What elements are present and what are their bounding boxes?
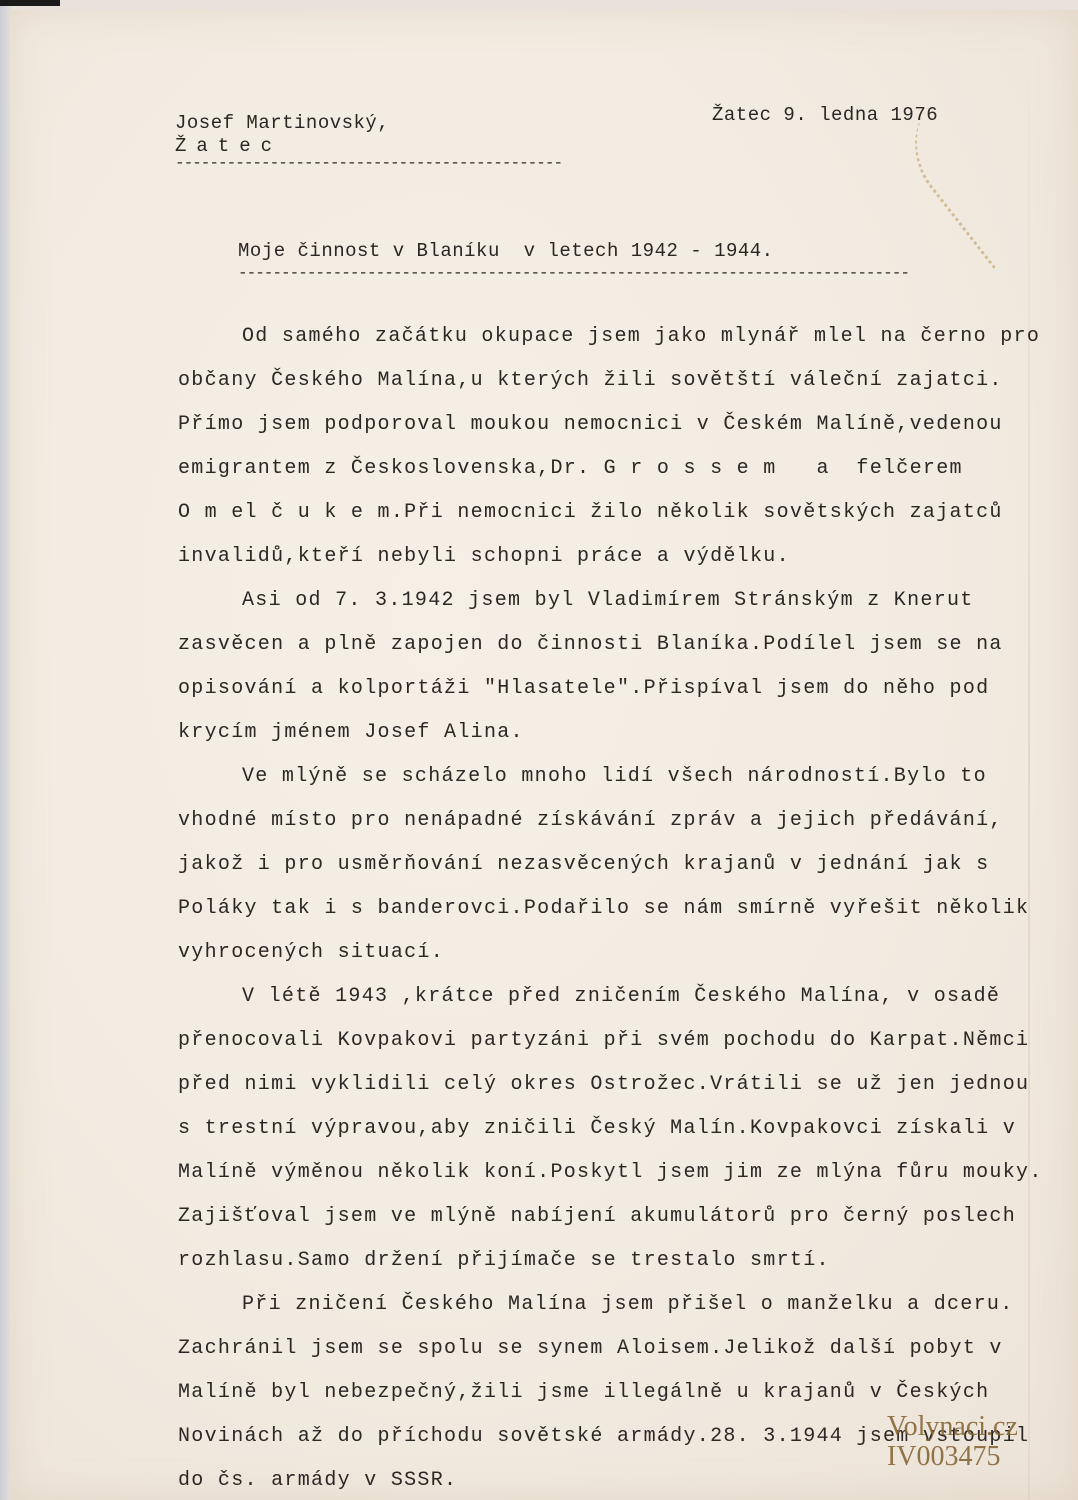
title-underline: ----------------------------------------… — [238, 264, 910, 282]
body-line: Přímo jsem podporoval moukou nemocnici v… — [178, 413, 1003, 436]
watermark: Volynaci.cz IV003475 — [887, 1412, 1018, 1472]
document-title: Moje činnost v Blaníku v letech 1942 - 1… — [238, 240, 774, 262]
body-line: vyhrocených situací. — [178, 941, 444, 964]
body-line: zasvěcen a plně zapojen do činnosti Blan… — [178, 633, 1003, 656]
scan-edge — [0, 0, 60, 6]
body-line: jakož i pro usměrňování nezasvěcených kr… — [178, 853, 989, 876]
body-line: rozhlasu.Samo držení přijímače se tresta… — [178, 1249, 830, 1272]
body-line: s trestní výpravou,aby zničili Český Mal… — [178, 1117, 1016, 1140]
body-line: Při zničení Českého Malína jsem přišel o… — [242, 1293, 1014, 1316]
place-date: Žatec 9. ledna 1976 — [712, 104, 938, 126]
body-line: Malíně byl nebezpečný,žili jsme illegáln… — [178, 1381, 989, 1404]
body-line: Ve mlýně se scházelo mnoho lidí všech ná… — [242, 765, 987, 788]
body-line: Malíně výměnou několik koní.Poskytl jsem… — [178, 1161, 1043, 1184]
body-line: krycím jménem Josef Alina. — [178, 721, 524, 744]
body-line: Od samého začátku okupace jsem jako mlyn… — [242, 325, 1040, 348]
document-page — [10, 10, 1078, 1500]
body-line: V létě 1943 ,krátce před zničením Českéh… — [242, 985, 1000, 1008]
body-line: emigrantem z Československa,Dr. G r o s … — [178, 457, 963, 480]
author-name: Josef Martinovský, — [175, 112, 389, 134]
body-line: Zachránil jsem se spolu se synem Aloisem… — [178, 1337, 1003, 1360]
body-line: Zajišťoval jsem ve mlýně nabíjení akumul… — [178, 1205, 1016, 1228]
body-line: Asi od 7. 3.1942 jsem byl Vladimírem Str… — [242, 589, 974, 612]
body-line: vhodné místo pro nenápadné získávání zpr… — [178, 809, 1003, 832]
water-stain — [889, 41, 1078, 269]
header-underline: ----------------------------------------… — [175, 154, 563, 172]
watermark-id: IV003475 — [887, 1442, 1018, 1472]
body-line: O m el č u k e m.Při nemocnici žilo něko… — [178, 501, 1003, 524]
body-line: přenocovali Kovpakovi partyzáni při svém… — [178, 1029, 1029, 1052]
body-line: Poláky tak i s banderovci.Podařilo se ná… — [178, 897, 1029, 920]
body-line: do čs. armády v SSSR. — [178, 1469, 457, 1492]
body-line: před nimi vyklidili celý okres Ostrožec.… — [178, 1073, 1029, 1096]
body-line: invalidů,kteří nebyli schopni práce a vý… — [178, 545, 790, 568]
watermark-site: Volynaci.cz — [887, 1412, 1018, 1442]
body-line: občany Českého Malína,u kterých žili sov… — [178, 369, 1003, 392]
body-line: opisování a kolportáži "Hlasatele".Přisp… — [178, 677, 989, 700]
